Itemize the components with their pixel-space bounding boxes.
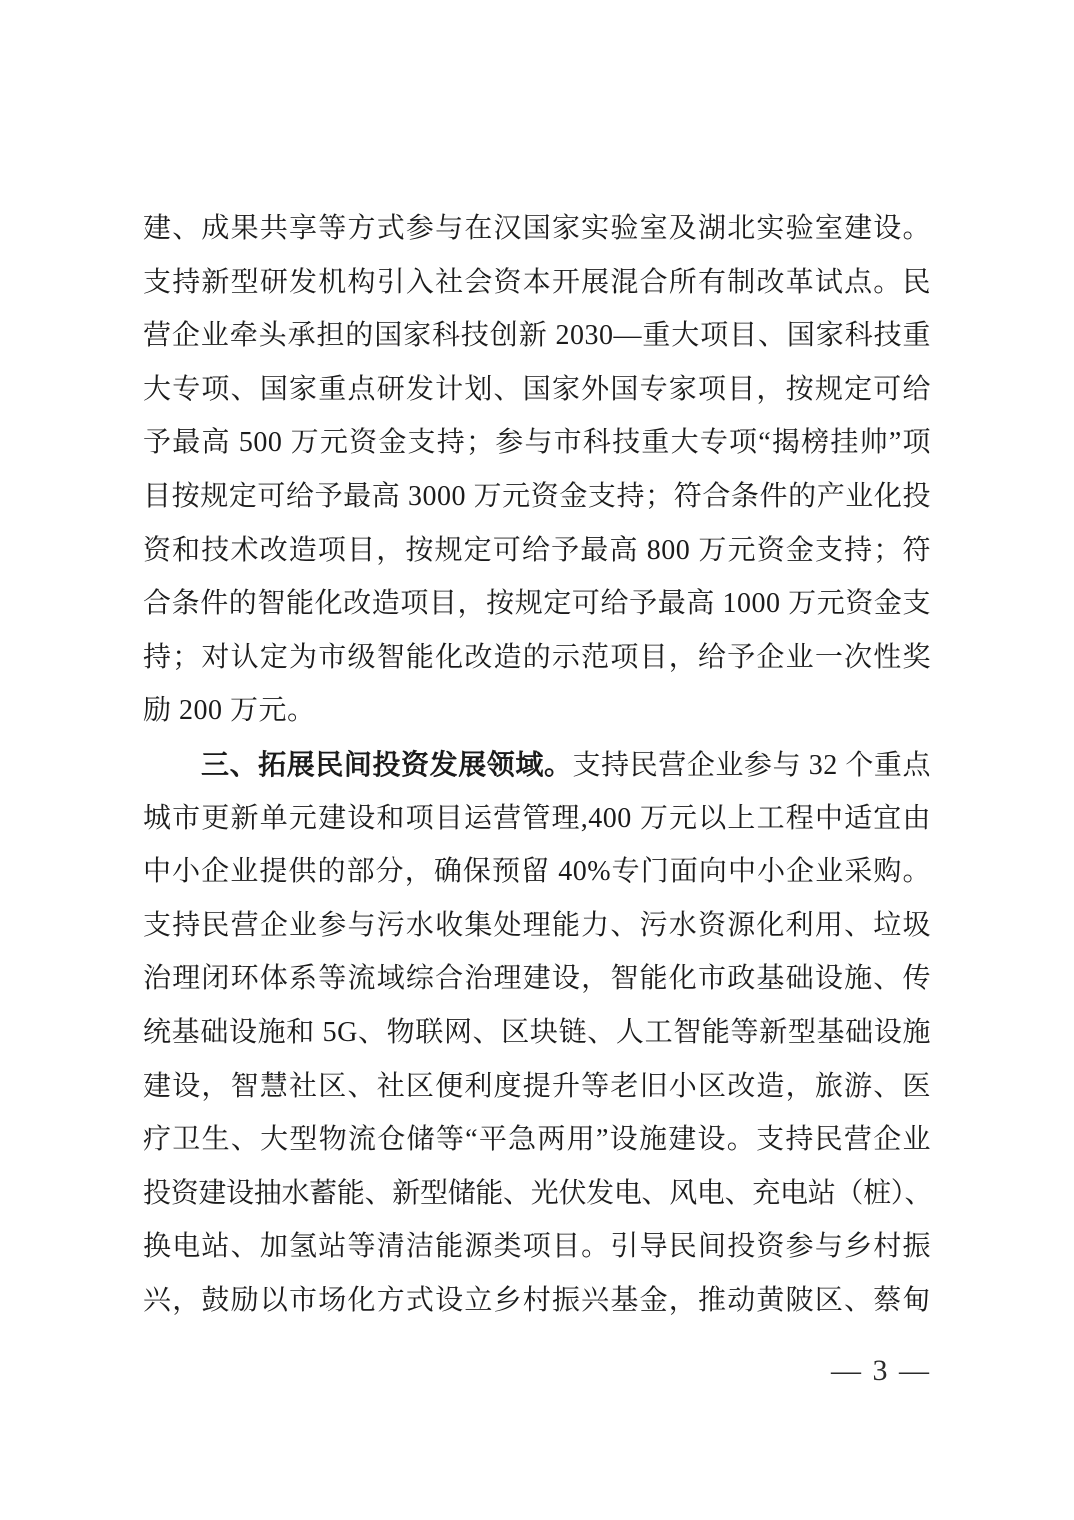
text-line: 建、成果共享等方式参与在汉国家实验室及湖北实验室建设。: [143, 202, 931, 256]
section-heading-rest: 支持民营企业参与 32 个重点: [573, 750, 931, 781]
section-heading: 三、拓展民间投资发展领域。: [201, 749, 573, 780]
document-body: 建、成果共享等方式参与在汉国家实验室及湖北实验室建设。 支持新型研发机构引入社会…: [143, 202, 931, 1327]
text-line: 建设，智慧社区、社区便利度提升等老旧小区改造，旅游、医: [143, 1060, 931, 1114]
text-line: 资和技术改造项目，按规定可给予最高 800 万元资金支持；符: [143, 524, 931, 578]
section-heading-line: 三、拓展民间投资发展领域。支持民营企业参与 32 个重点: [143, 738, 931, 792]
text-line: 合条件的智能化改造项目，按规定可给予最高 1000 万元资金支: [143, 577, 931, 631]
text-line: 疗卫生、大型物流仓储等“平急两用”设施建设。支持民营企业: [143, 1113, 931, 1167]
text-line: 投资建设抽水蓄能、新型储能、光伏发电、风电、充电站（桩）、: [143, 1167, 931, 1221]
document-page: 建、成果共享等方式参与在汉国家实验室及湖北实验室建设。 支持新型研发机构引入社会…: [0, 0, 1074, 1520]
text-line: 兴，鼓励以市场化方式设立乡村振兴基金，推动黄陂区、蔡甸: [143, 1274, 931, 1328]
text-line: 支持新型研发机构引入社会资本开展混合所有制改革试点。民: [143, 256, 931, 310]
text-line: 予最高 500 万元资金支持；参与市科技重大专项“揭榜挂帅”项: [143, 416, 931, 470]
text-line: 持；对认定为市级智能化改造的示范项目，给予企业一次性奖: [143, 631, 931, 685]
text-line: 城市更新单元建设和项目运营管理,400 万元以上工程中适宜由: [143, 792, 931, 846]
text-line: 治理闭环体系等流域综合治理建设，智能化市政基础设施、传: [143, 952, 931, 1006]
text-line: 支持民营企业参与污水收集处理能力、污水资源化利用、垃圾: [143, 899, 931, 953]
text-line: 大专项、国家重点研发计划、国家外国专家项目，按规定可给: [143, 363, 931, 417]
text-line: 目按规定可给予最高 3000 万元资金支持；符合条件的产业化投: [143, 470, 931, 524]
text-line: 励 200 万元。: [143, 684, 931, 738]
text-line: 营企业牵头承担的国家科技创新 2030—重大项目、国家科技重: [143, 309, 931, 363]
text-line: 统基础设施和 5G、物联网、区块链、人工智能等新型基础设施: [143, 1006, 931, 1060]
text-line: 换电站、加氢站等清洁能源类项目。引导民间投资参与乡村振: [143, 1220, 931, 1274]
text-line: 中小企业提供的部分，确保预留 40%专门面向中小企业采购。: [143, 845, 931, 899]
page-number: — 3 —: [831, 1352, 931, 1390]
